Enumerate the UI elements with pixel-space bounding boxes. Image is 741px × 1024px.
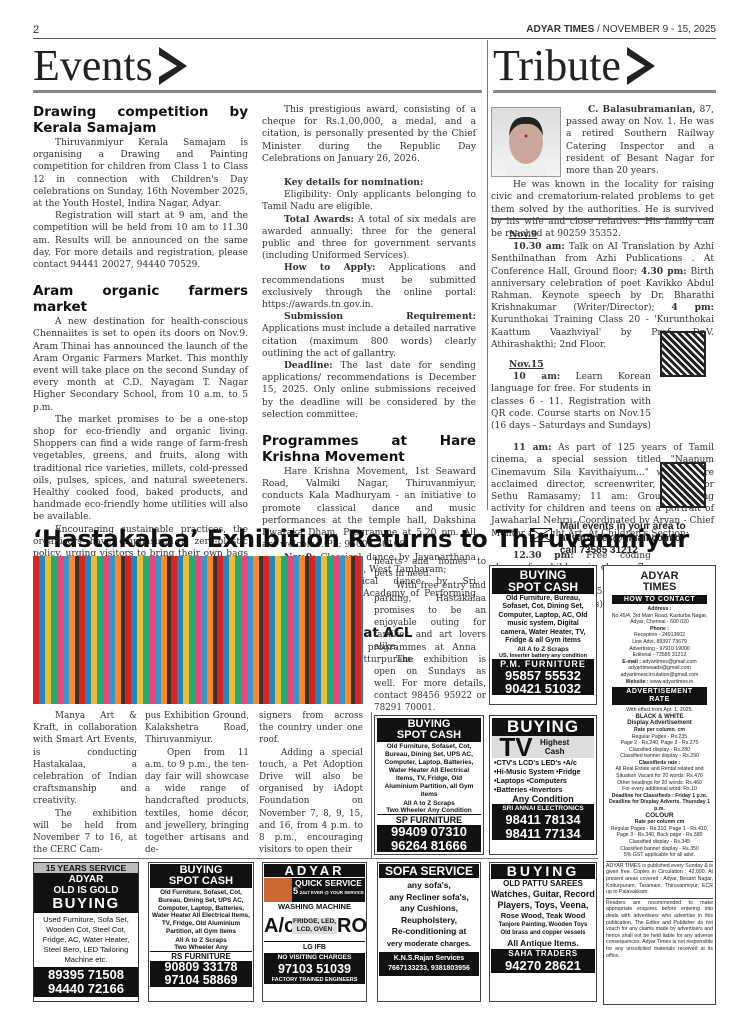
rate-line: Page 3 - Rs.340, Back page - Rs.380 xyxy=(606,832,713,839)
hasta-para: The exhibition is open on Sundays as wel… xyxy=(374,654,486,715)
rate-banner: RATE xyxy=(612,696,707,704)
chevron-right-icon xyxy=(625,45,657,87)
ad-item: •Hi-Music System •Fridge xyxy=(494,767,594,776)
time-label: 11 am: xyxy=(513,442,552,453)
ad-old-is-gold: 15 YEARS SERVICE ADYAR OLD IS GOLD BUYIN… xyxy=(33,862,139,1002)
ad-item: •Batteries •Invertors xyxy=(494,785,594,794)
ad-phone: 90809 33178 xyxy=(150,961,252,974)
colour-heading: COLOUR xyxy=(606,813,713,820)
ad-line: any Recliner sofa's, xyxy=(379,892,479,904)
email-link[interactable]: adyartimes@gmail.com xyxy=(642,659,696,665)
issue-date: NOVEMBER 9 - 15, 2025 xyxy=(603,24,716,35)
hasta-para: Manya Art & Kraft, in collaboration with… xyxy=(33,710,137,808)
hasta-para: pus Exhibition Ground, Kalakshetra Road,… xyxy=(145,710,249,747)
tribute-para: 87, passed away on Nov. 1. He was a reti… xyxy=(566,105,714,176)
apply-label: How to Apply: xyxy=(284,262,375,273)
rate-line: Classified banner display - Rs.290 xyxy=(606,753,713,760)
ad-phone: 99409 07310 xyxy=(377,825,481,839)
ad-pm-furniture: BUYINGSPOT CASH Old Furniture, Bureau, S… xyxy=(489,565,597,705)
mascot-icon xyxy=(264,878,292,902)
nov9-date: Nov.9 xyxy=(509,229,537,240)
ad-ac: A/c xyxy=(264,915,292,938)
phone-line: Advertising - 97910 19000 xyxy=(606,646,713,653)
paper-name: ADYAR TIMES xyxy=(526,24,594,35)
publication-info: ADYAR TIMES is published every Sunday & … xyxy=(606,861,713,896)
ad-title: SPOT CASH xyxy=(377,730,481,741)
ad-phone: 97103 51039 xyxy=(264,962,365,976)
ad-divider xyxy=(371,712,372,858)
panel-title: TIMES xyxy=(606,582,713,593)
ad-company: K.N.S.Rajan Services xyxy=(379,952,479,964)
ad-line: Rose Wood, Teak Wood xyxy=(491,911,595,921)
ad-title: BUYING xyxy=(491,864,595,879)
drawing-para: Thiruvanmiyur Kerala Samajam is organisi… xyxy=(33,137,248,210)
hasta-para: The exhibition will be held from Novembe… xyxy=(33,808,137,857)
aram-para: A new destination for health-conscious C… xyxy=(33,316,248,414)
ad-body: Old Furniture, Sofaset, Cot, Bureau, Din… xyxy=(377,742,481,800)
masthead: ADYAR TIMES / NOVEMBER 9 - 15, 2025 xyxy=(526,24,716,35)
ad-rs-furniture: BUYINGSPOT CASH Old Furniture, Sofaset, … xyxy=(148,862,254,1002)
website-label: Website : xyxy=(626,679,649,685)
ad-always: 24x7 EVER @ YOUR SERVICE xyxy=(300,890,364,895)
drawing-heading: Drawing competition by Kerala Samajam xyxy=(33,104,248,136)
separator: / xyxy=(594,24,602,35)
ad-scraps: All A to Z Scraps xyxy=(492,646,594,653)
bottom-row-rule xyxy=(33,858,598,859)
ad-phone: 94270 28621 xyxy=(491,959,595,973)
ad-middle: FRIDGE, LED, LCD, OVEN xyxy=(292,918,337,934)
ad-title: SPOT CASH xyxy=(492,581,594,593)
ad-title: SPOT CASH xyxy=(150,876,252,887)
ad-phone: 96264 81666 xyxy=(377,839,481,853)
ad-brands: LG IFB xyxy=(264,941,365,953)
ad-body: Old Furniture, Bureau, Sofaset, Cot, Din… xyxy=(492,594,594,646)
address-text: No.45/4, 3rd Main Road, Kasturba Nagar, … xyxy=(606,613,713,626)
ad-subtitle: QUICK SERVICE xyxy=(292,878,365,888)
ad-tv: TV xyxy=(492,736,540,758)
rate-line: Classified display - Rs.345 xyxy=(606,839,713,846)
qr-code-korean[interactable] xyxy=(660,331,706,377)
tribute-name: C. Balasubramanian, xyxy=(588,104,696,115)
time-label: 4 pm: xyxy=(671,302,714,313)
ad-footer: FACTORY TRAINED ENGINEERS xyxy=(264,976,365,984)
ad-line: very moderate charges. xyxy=(379,938,479,950)
website-link[interactable]: www.adyartimes.in xyxy=(650,679,693,685)
ad-line: All Antique Items. xyxy=(491,938,595,949)
ad-highest: Highest xyxy=(540,738,569,747)
ad-phone: 89395 71508 xyxy=(34,968,138,982)
rate-line: For every additional word: Rs.10 xyxy=(606,786,713,793)
ad-phone: 98411 77134 xyxy=(492,827,594,841)
disclaimer: Readers are recommended to make appropri… xyxy=(606,898,713,959)
nov15-date: Nov.15 xyxy=(509,359,544,370)
rate-line: Page 2 - Rs.240, Page 3 - Rs.275 xyxy=(606,740,713,747)
column-divider xyxy=(487,40,488,510)
ad-line: any sofa's, xyxy=(379,880,479,892)
hasta-col-1: Manya Art & Kraft, in collaboration with… xyxy=(33,710,137,856)
ad-body: Used Furniture, Sofa Set, Wooden Cot, St… xyxy=(34,913,138,967)
ad-phone: 94440 72166 xyxy=(34,982,138,996)
phone-line: Reception - 24913602 xyxy=(606,632,713,639)
how-to-contact-banner: HOW TO CONTACT xyxy=(612,595,707,604)
email-label: E-mail : xyxy=(622,659,641,665)
ad-scraps: All A to Z Scraps xyxy=(150,937,252,944)
ad-phone: 98411 78134 xyxy=(492,813,594,827)
ad-phone: 97104 58869 xyxy=(150,974,252,987)
ad-ro: RO xyxy=(337,915,365,938)
deadline-line: Deadline for Classifieds : Friday 1 p.m. xyxy=(606,793,713,800)
hasta-para: signers from across the country under on… xyxy=(259,710,363,747)
ad-phone: 90421 51032 xyxy=(492,682,594,695)
ad-quick-service: ADYAR QUICK SERVICE 5 24x7 EVER @ YOUR S… xyxy=(262,862,367,1002)
ad-note: Two Wheeler Any Condition xyxy=(377,807,481,814)
email-link[interactable]: adyartimescirculation@gmail.com xyxy=(606,672,713,679)
hasta-col-2: pus Exhibition Ground, Kalakshetra Road,… xyxy=(145,710,249,856)
ad-saha-traders: BUYING OLD PATTU SAREES Watches, Guitar,… xyxy=(489,862,597,1002)
anna-para: This prestigious award, consisting of a … xyxy=(262,104,476,165)
rate-col-label: Rate per column. cm xyxy=(606,727,713,734)
ad-phone: 7667133233, 9381803956 xyxy=(379,964,479,976)
ad-body: Old Furniture, Sofaset, Cot, Bureau, Din… xyxy=(150,888,252,937)
ad-item: •CTV's LCD's LED's •A/c xyxy=(494,758,594,767)
ad-title: ADYAR xyxy=(264,864,365,877)
phone-line: Editorial - 73585 31212 xyxy=(606,652,713,659)
qr-code-coding[interactable] xyxy=(660,462,706,508)
jewellery-photo xyxy=(33,556,363,704)
rate-line: All Real Estate and Rental related and S… xyxy=(606,766,713,779)
deadline-line: Deadline for Display Adverts. Thursday 1… xyxy=(606,799,713,812)
ad-line: Old brass and copper vessels xyxy=(491,929,595,938)
rate-line: Classified banner display - Rs.350 xyxy=(606,846,713,853)
ad-line: Tanjore Painting, Wooden Toys xyxy=(491,921,595,929)
rate-line: 5% GST applicable for all advt. xyxy=(606,852,713,859)
bw-heading: BLACK & WHITE xyxy=(606,714,713,721)
email-link[interactable]: adyartimesads@gmail.com xyxy=(606,665,713,672)
ad-years: 5 xyxy=(293,886,298,896)
tribute-rule xyxy=(493,90,716,93)
key-details-label: Key details for nomination: xyxy=(284,177,423,188)
ad-title: BUYING xyxy=(34,896,138,912)
tribute-title-text: Tribute xyxy=(493,44,621,88)
phone-label: Phone : xyxy=(606,626,713,633)
phone-line: Line Advt. 89397 73679 xyxy=(606,639,713,646)
hasta-col-3: signers from across the country under on… xyxy=(259,710,363,856)
deadline-label: Deadline: xyxy=(284,360,333,371)
ad-line: any Cushions, xyxy=(379,903,479,915)
ad-condition: Any Condition xyxy=(492,794,594,804)
rate-banner: ADVERTISEMENT xyxy=(612,688,707,696)
ad-washing: WASHING MACHINE xyxy=(264,902,365,911)
ad-line: Watches, Guitar, Record Players, Toys, V… xyxy=(491,889,595,911)
aram-para: The market promises to be a one-stop sho… xyxy=(33,414,248,524)
rate-line: Other headings for 20 words: Rs.460 xyxy=(606,780,713,787)
rate-col-label: Rate per column cm xyxy=(606,819,713,826)
time-label: 4.30 pm: xyxy=(641,266,687,277)
rate-line: Classified display - Rs.280 xyxy=(606,747,713,754)
hare-heading: Programmes at Hare Krishna Movement xyxy=(262,433,476,465)
ad-service: 15 YEARS SERVICE xyxy=(34,863,138,873)
events-title-text: Events xyxy=(33,44,153,88)
ad-sp-furniture: BUYINGSPOT CASH Old Furniture, Sofaset, … xyxy=(374,715,484,855)
aram-heading: Aram organic farmers market xyxy=(33,283,248,315)
header-rule xyxy=(33,38,716,39)
submission-text: Applications must include a detailed nar… xyxy=(262,324,476,358)
effect-date: With effect from Apr. 1, 2025. xyxy=(606,707,713,714)
ad-no-visit: NO VISITING CHARGES xyxy=(264,953,365,962)
contact-panel: ADYARTIMES HOW TO CONTACT Address : No.4… xyxy=(603,565,716,1005)
hasta-para: With free entry and parking, Hastakalaa … xyxy=(374,580,486,653)
events-section-title: Events xyxy=(33,44,189,88)
events-rule xyxy=(33,90,482,93)
ad-cash: Cash xyxy=(540,747,569,756)
ad-scraps: All A to Z Scraps xyxy=(377,800,481,807)
hasta-para: Adding a special touch, a Pet Adoption D… xyxy=(259,747,363,857)
ad-sri-annai: BUYING TV HighestCash •CTV's LCD's LED's… xyxy=(489,715,597,855)
ad-title: ADYAR xyxy=(34,874,138,885)
hasta-col-4: hearts and homes to pets in need. With f… xyxy=(374,556,486,715)
chevron-right-icon xyxy=(157,45,189,87)
display-heading: Display Advertisement xyxy=(606,720,713,727)
ad-line: Re-conditioning at xyxy=(379,926,479,938)
time-label: 10.30 am: xyxy=(513,241,565,252)
classified-label: Classifieds rate : xyxy=(606,760,713,767)
hastakalaa-heading: ‘Hastakalaa’ Exhibition Returns to Thiru… xyxy=(33,525,689,553)
ad-line: OLD PATTU SAREES xyxy=(491,879,595,889)
drawing-para: Registration will start at 9 am, and the… xyxy=(33,210,248,271)
submission-label: Submission Requirement: xyxy=(284,311,476,322)
ad-sofa-service: SOFA SERVICE any sofa's, any Recliner so… xyxy=(377,862,481,1002)
rate-line: Regular Pages - Rs.235 xyxy=(606,734,713,741)
hasta-para: Open from 11 a.m. to 9 p.m., the ten-day… xyxy=(145,747,249,857)
page-number: 2 xyxy=(33,24,39,36)
eligibility-text: Eligibility: Only applicants belonging t… xyxy=(262,189,476,213)
ad-item: •Laptops •Computers xyxy=(494,776,594,785)
ad-line: Reupholstery, xyxy=(379,915,479,927)
awards-label: Total Awards: xyxy=(284,214,354,225)
time-label: 10 am: xyxy=(513,371,560,382)
ad-title: SOFA SERVICE xyxy=(379,864,479,878)
rate-line: Regular Pages - Rs.310, Page 1 - Rs.410, xyxy=(606,826,713,833)
address-label: Address : xyxy=(606,606,713,613)
tribute-section-title: Tribute xyxy=(493,44,657,88)
hasta-para: hearts and homes to pets in need. xyxy=(374,556,486,580)
tribute-bottom-rule xyxy=(491,218,714,220)
ad-note: Two Wheeler Any xyxy=(150,944,252,951)
